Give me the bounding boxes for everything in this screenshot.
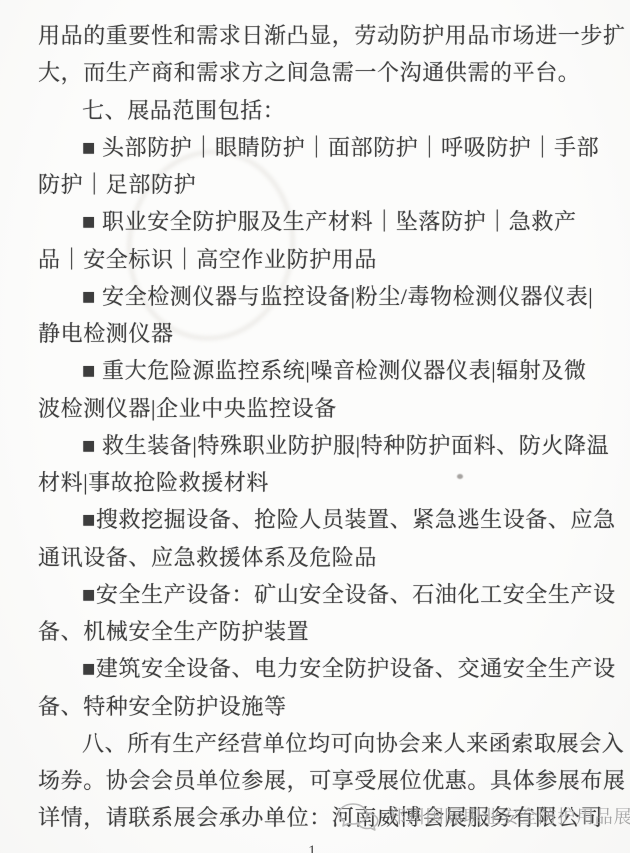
doc-line: ■ 头部防护｜眼睛防护｜面部防护｜呼吸防护｜手部: [38, 129, 598, 166]
doc-line: 备、特种安全防护设施等: [38, 688, 598, 725]
document-page: 用品的重要性和需求日渐凸显，劳动防护用品市场进一步扩 大，而生产商和需求方之间急…: [0, 0, 630, 853]
doc-line: 用品的重要性和需求日渐凸显，劳动防护用品市场进一步扩: [38, 17, 598, 54]
doc-line: 七、展品范围包括：: [38, 92, 598, 129]
doc-line: ■安全生产设备：矿山安全设备、石油化工安全生产设: [38, 576, 598, 613]
doc-line: ■ 救生装备|特殊职业防护服|特种防护面料、防火降温: [38, 427, 598, 464]
doc-line: ■建筑安全设备、电力安全防护设备、交通安全生产设: [38, 650, 598, 687]
doc-line: 备、机械安全生产防护装置: [38, 613, 598, 650]
doc-line: 防护｜足部防护: [38, 166, 598, 203]
document-body: 用品的重要性和需求日渐凸显，劳动防护用品市场进一步扩 大，而生产商和需求方之间急…: [38, 17, 598, 837]
doc-line: ■搜救挖掘设备、抢险人员装置、紧急逃生设备、应急: [38, 501, 598, 538]
doc-line: 通讯设备、应急救援体系及危险品: [38, 539, 598, 576]
doc-line: 大，而生产商和需求方之间急需一个沟通供需的平台。: [38, 54, 598, 91]
doc-line: 波检测仪器|企业中央监控设备: [38, 390, 598, 427]
wechat-bubbles-icon: [336, 801, 382, 833]
doc-line: ■ 职业安全防护服及生产材料｜坠落防护｜急救产: [38, 203, 598, 240]
doc-line: ■ 安全检测仪器与监控设备|粉尘/毒物检测仪器仪表|: [38, 278, 598, 315]
doc-line: 八、所有生产经营单位均可向协会来人来函索取展会入: [38, 725, 598, 762]
doc-line: 静电检测仪器: [38, 315, 598, 352]
watermark-text: 郑州国际职业安全防护用品展: [388, 802, 630, 832]
page-number: 1: [308, 843, 316, 853]
doc-line: ■ 重大危险源监控系统|噪音检测仪器仪表|辐射及微: [38, 352, 598, 389]
doc-line: 品｜安全标识｜高空作业防护用品: [38, 241, 598, 278]
watermark: 郑州国际职业安全防护用品展: [336, 801, 630, 833]
doc-line: 材料|事故抢险救援材料: [38, 464, 598, 501]
doc-line: 场券。协会会员单位参展，可享受展位优惠。具体参展布展: [38, 762, 598, 799]
